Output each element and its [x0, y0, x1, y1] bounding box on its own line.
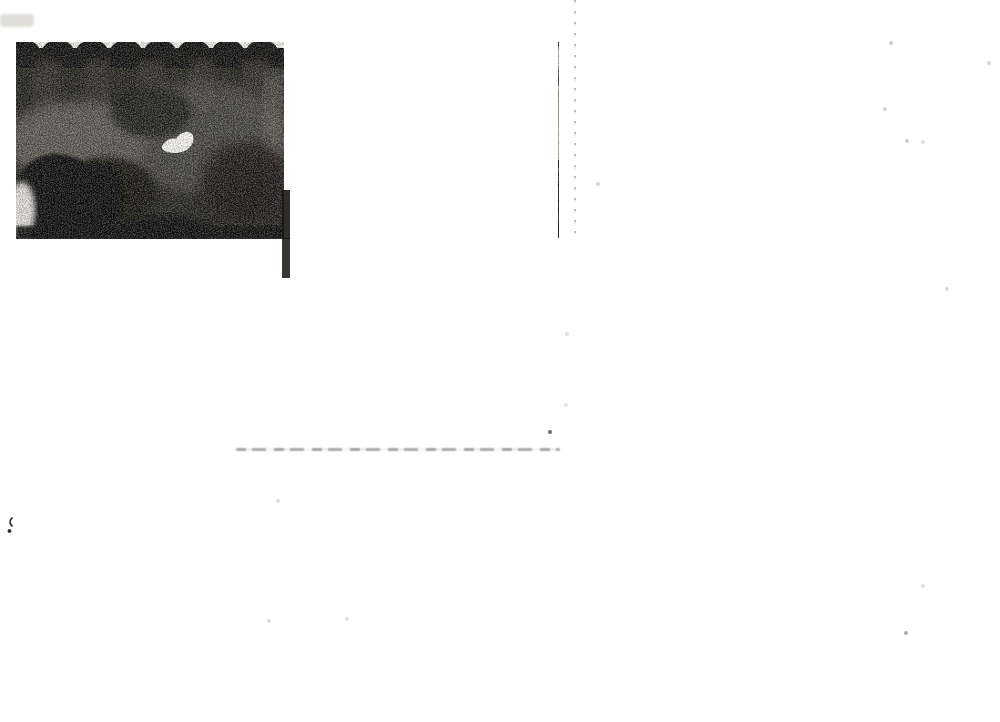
- gap-toner-upper: [282, 190, 290, 239]
- toner-dotted-line: [574, 0, 576, 238]
- ink-mark: [5, 516, 17, 536]
- photo-grid-canvas: [16, 42, 559, 432]
- toner-specks: [0, 0, 2, 2]
- toner-streak-line: [236, 448, 560, 451]
- photo-top-left: [16, 42, 291, 248]
- hand-shape: [389, 86, 559, 175]
- straw-cluster: [407, 283, 559, 428]
- photo-grid: [16, 42, 559, 432]
- gap-toner-lower: [282, 238, 290, 278]
- photo-bottom-left: [16, 239, 284, 432]
- jagged-shadow: [106, 357, 216, 432]
- photo-top-right: [287, 42, 559, 238]
- photocopy-page: A photocopy of four grainy black-and-whi…: [0, 0, 1000, 722]
- figure-silhouette: [83, 239, 169, 414]
- photo-bottom-right: [275, 232, 559, 432]
- toner-smudge: [0, 14, 34, 27]
- leg-shape: [319, 232, 449, 397]
